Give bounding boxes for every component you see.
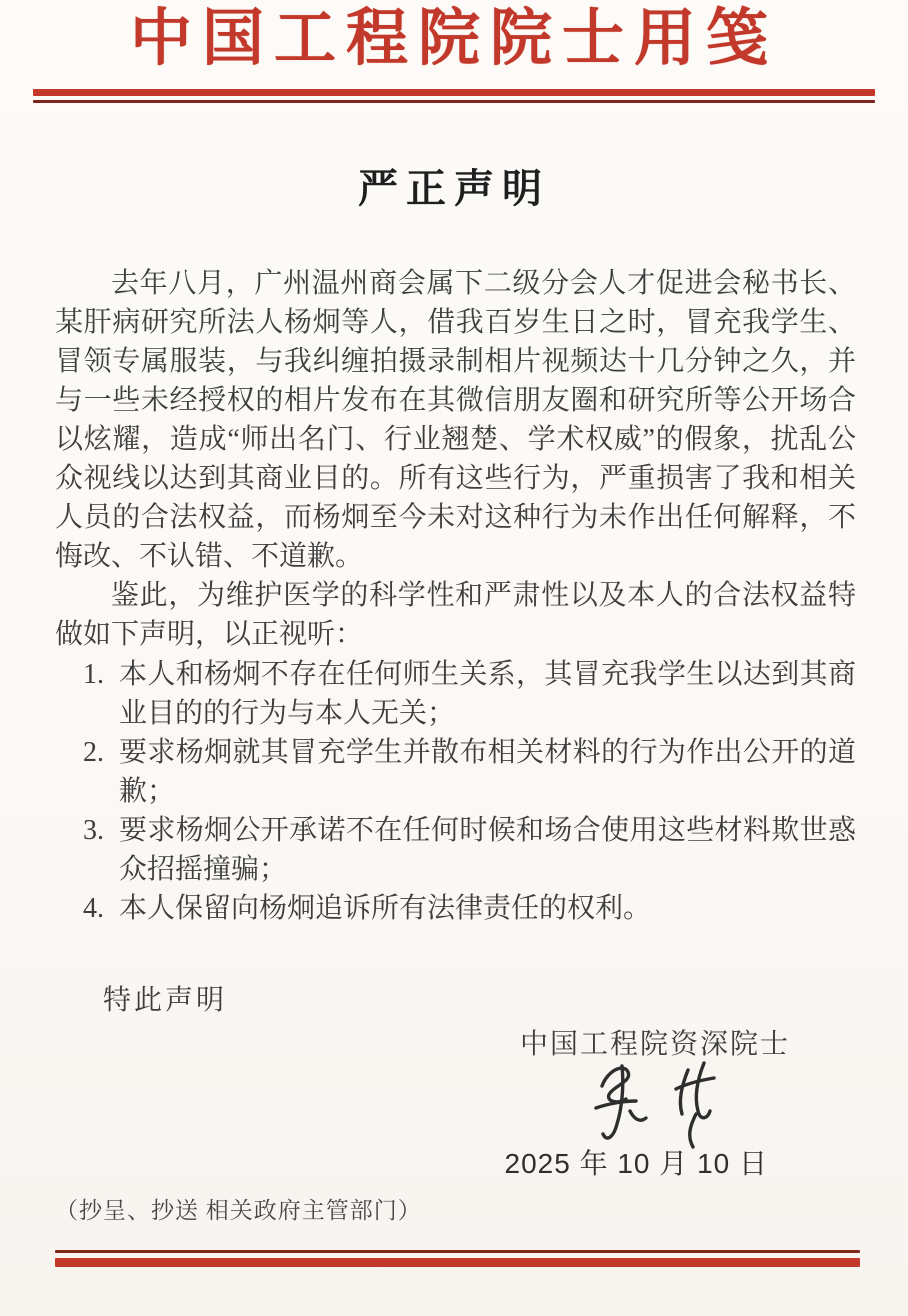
statement-paragraph-2: 鉴此，为维护医学的科学性和严肃性以及本人的合法权益特做如下声明，以正视听： bbox=[55, 576, 856, 654]
item-text: 要求杨炯就其冒充学生并散布相关材料的行为作出公开的道歉； bbox=[119, 733, 856, 811]
statement-document-page: 中国工程院院士用笺 严正声明 去年八月，广州温州商会属下二级分会人才促进会秘书长… bbox=[0, 0, 908, 1316]
statement-list: 1. 本人和杨炯不存在任何师生关系，其冒充我学生以达到其商业目的的行为与本人无关… bbox=[83, 655, 856, 928]
letterhead-rule-thick bbox=[33, 89, 875, 96]
letterhead-divider bbox=[33, 89, 875, 103]
cc-note: （抄呈、抄送 相关政府主管部门） bbox=[55, 1192, 422, 1225]
item-text: 本人保留向杨炯追诉所有法律责任的权利。 bbox=[119, 889, 856, 928]
statement-item-1: 1. 本人和杨炯不存在任何师生关系，其冒充我学生以达到其商业目的的行为与本人无关… bbox=[83, 655, 856, 733]
statement-item-4: 4. 本人保留向杨炯追诉所有法律责任的权利。 bbox=[83, 889, 856, 928]
item-number: 3. bbox=[83, 811, 119, 889]
footer-divider bbox=[55, 1250, 860, 1267]
closing-phrase: 特此声明 bbox=[103, 978, 227, 1018]
letterhead-title: 中国工程院院士用笺 bbox=[0, 4, 908, 75]
statement-item-3: 3. 要求杨炯公开承诺不在任何时候和场合使用这些材料欺世惑众招摇撞骗； bbox=[83, 811, 856, 889]
item-number: 2. bbox=[83, 733, 119, 811]
item-number: 1. bbox=[83, 655, 119, 733]
item-text: 本人和杨炯不存在任何师生关系，其冒充我学生以达到其商业目的的行为与本人无关； bbox=[119, 655, 856, 733]
statement-item-2: 2. 要求杨炯就其冒充学生并散布相关材料的行为作出公开的道歉； bbox=[83, 733, 856, 811]
statement-date: 2025 年 10 月 10 日 bbox=[505, 1142, 768, 1182]
handwritten-signature bbox=[570, 1056, 760, 1156]
footer-rule-thick bbox=[55, 1258, 860, 1267]
letterhead-rule-thin bbox=[33, 100, 875, 103]
statement-paragraph-1: 去年八月，广州温州商会属下二级分会人才促进会秘书长、某肝病研究所法人杨炯等人，借… bbox=[55, 264, 856, 576]
item-text: 要求杨炯公开承诺不在任何时候和场合使用这些材料欺世惑众招摇撞骗； bbox=[119, 811, 856, 889]
statement-title: 严正声明 bbox=[0, 157, 908, 214]
footer-rule-thin bbox=[55, 1250, 860, 1253]
item-number: 4. bbox=[83, 889, 119, 928]
statement-body: 去年八月，广州温州商会属下二级分会人才促进会秘书长、某肝病研究所法人杨炯等人，借… bbox=[55, 264, 856, 928]
